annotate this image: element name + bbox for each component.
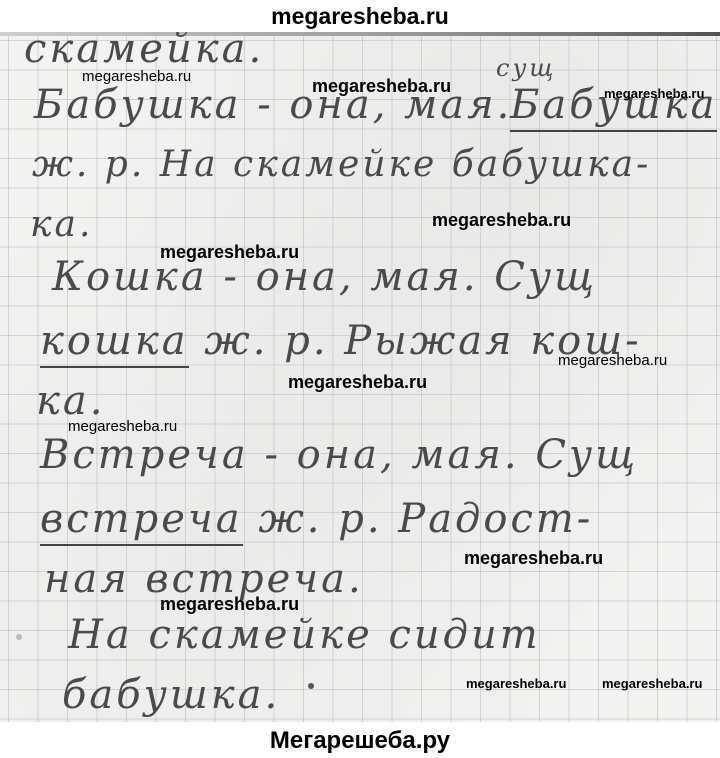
watermark: megaresheba.ru bbox=[464, 548, 603, 569]
ink-dot bbox=[308, 683, 314, 689]
handwriting-annotation-noun: сущ bbox=[496, 54, 556, 82]
header-watermark: megaresheba.ru bbox=[0, 0, 720, 32]
handwriting-line-8: Встреча - она, мая. Сущ bbox=[40, 432, 638, 478]
paper-speck bbox=[16, 634, 22, 640]
watermark: megaresheba.ru bbox=[558, 352, 667, 369]
watermark: megaresheba.ru bbox=[602, 676, 702, 691]
watermark: megaresheba.ru bbox=[68, 418, 177, 435]
handwriting-line-1: скамейка. bbox=[24, 32, 264, 72]
watermark: megaresheba.ru bbox=[604, 86, 704, 101]
handwriting-line-11: На скамейке сидит bbox=[68, 612, 541, 658]
handwriting-line-6: кошка ж. р. Рыжая кош- bbox=[40, 318, 642, 364]
watermark: megaresheba.ru bbox=[160, 594, 299, 615]
watermark: megaresheba.ru bbox=[466, 676, 566, 691]
line-9-rest: ж. р. Радост- bbox=[243, 496, 594, 542]
handwriting-line-5: Кошка - она, мая. Сущ bbox=[52, 254, 597, 300]
watermark: megaresheba.ru bbox=[432, 210, 571, 231]
handwriting-line-4: ка. bbox=[30, 204, 93, 245]
notebook-page: скамейка. сущ Бабушка - она, мая. Бабушк… bbox=[0, 32, 720, 722]
word-babushka: Бабушка bbox=[34, 82, 241, 128]
handwriting-line-3: ж. р. На скамейке бабушка- bbox=[32, 144, 651, 185]
watermark: megaresheba.ru bbox=[82, 68, 191, 85]
footer-watermark: Мегарешеба.ру bbox=[0, 724, 720, 758]
underlined-word-koshka: кошка bbox=[40, 318, 189, 368]
underlined-word-vstrecha: встреча bbox=[40, 496, 243, 546]
watermark: megaresheba.ru bbox=[312, 76, 451, 97]
handwriting-line-12: бабушка. bbox=[62, 672, 280, 718]
watermark: megaresheba.ru bbox=[288, 372, 427, 393]
watermark: megaresheba.ru bbox=[160, 242, 299, 263]
handwriting-line-9: встреча ж. р. Радост- bbox=[40, 496, 593, 542]
